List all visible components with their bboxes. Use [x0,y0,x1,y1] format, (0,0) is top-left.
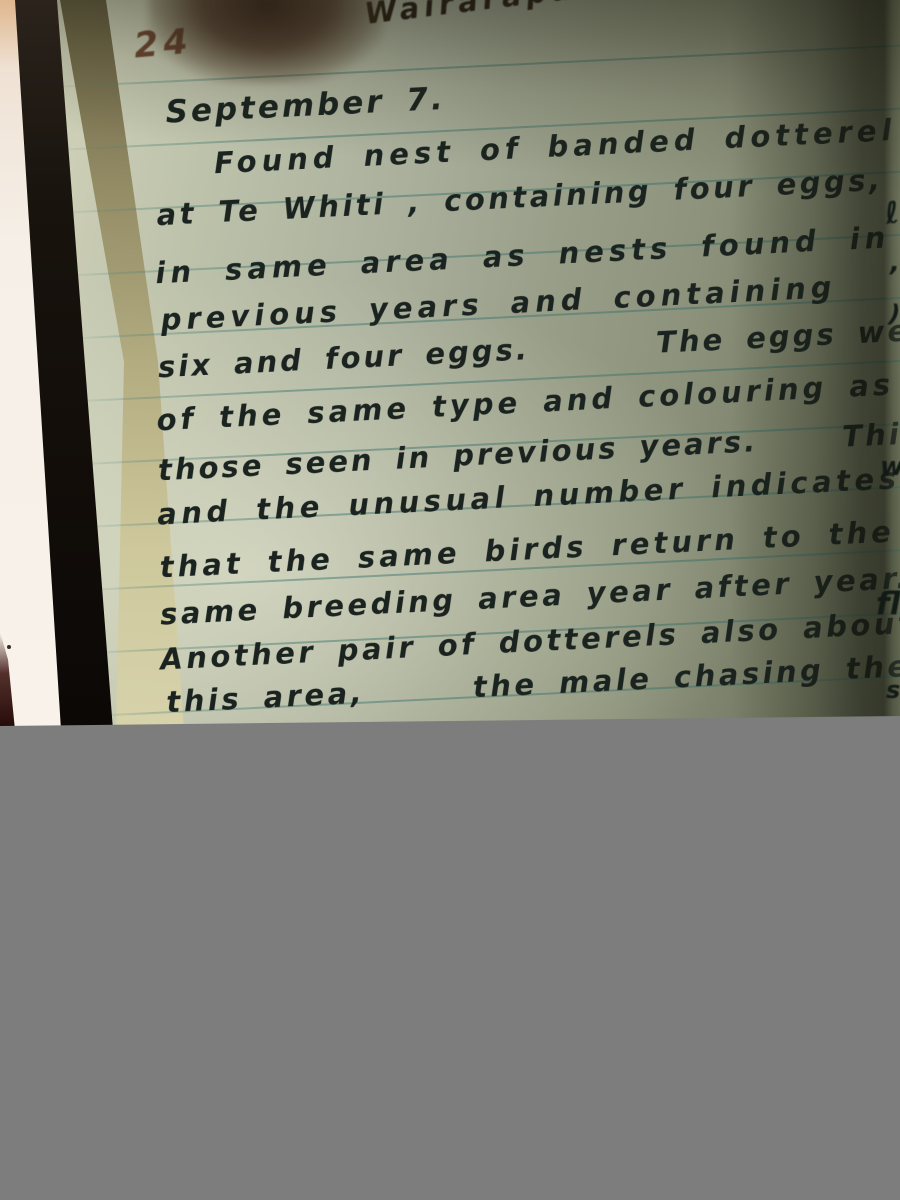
facing-page-ink-fragment: ) [888,300,900,329]
facing-page-ink-fragment: , [890,248,900,278]
facing-page-ink-fragment: w [880,452,900,482]
unrendered-gray-area [0,700,900,1200]
facing-page-ink-fragment: s [886,676,900,704]
dust-speck [7,645,11,649]
notebook-photo: September 7. Found nest of banded dotter… [0,0,900,730]
notebook-page: September 7. Found nest of banded dotter… [0,0,900,730]
facing-page-ink-fragment: fl [876,586,900,622]
entry-date-heading: September 7. [165,82,447,130]
finger-shadow [148,0,384,84]
screenshot-canvas: September 7. Found nest of banded dotter… [0,0,900,1200]
